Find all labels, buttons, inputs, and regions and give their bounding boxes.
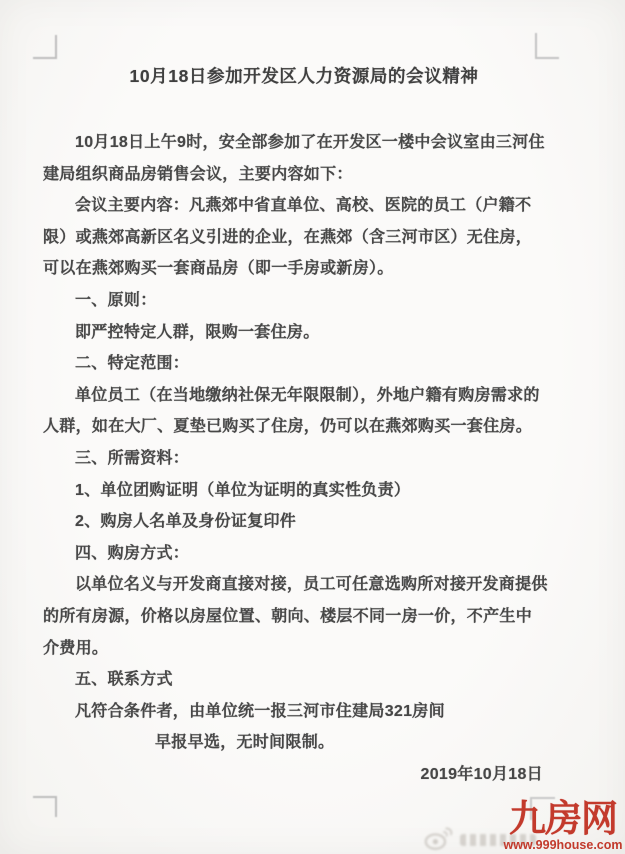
document-line: 10月18日上午9时，安全部参加了在开发区一楼中会议室由三河住 — [43, 127, 543, 159]
crop-mark-top-left-icon — [33, 35, 57, 59]
document-line: 的所有房源，价格以房屋位置、朝向、楼层不同一房一价，不产生中 — [43, 601, 543, 633]
document-line: 即严控特定人群，限购一套住房。 — [43, 317, 543, 349]
site-logo-text: 九房网 — [503, 799, 623, 839]
document-line: 会议主要内容：凡燕郊中省直单位、高校、医院的员工（户籍不 — [43, 190, 543, 222]
document-line: 二、特定范围： — [43, 348, 543, 380]
document-title: 10月18日参加开发区人力资源局的会议精神 — [43, 63, 543, 89]
crop-mark-top-right-icon — [535, 33, 559, 59]
document-line: 凡符合条件者，由单位统一报三河市住建局321房间 — [43, 696, 543, 728]
document-line: 限）或燕郊高新区名义引进的企业，在燕郊（含三河市区）无住房， — [43, 222, 543, 254]
document-line: 可以在燕郊购买一套商品房（即一手房或新房）。 — [43, 253, 543, 285]
document-text-block: 10月18日参加开发区人力资源局的会议精神 10月18日上午9时，安全部参加了在… — [43, 63, 543, 790]
document-line: 人群，如在大厂、夏垫已购买了住房，仍可以在燕郊购买一套住房。 — [43, 411, 543, 443]
document-line: 建局组织商品房销售会议，主要内容如下： — [43, 159, 543, 191]
site-watermark: 九房网 www.999house.com — [503, 799, 623, 852]
document-line: 三、所需资料： — [43, 443, 543, 475]
scanned-document-page: 10月18日参加开发区人力资源局的会议精神 10月18日上午9时，安全部参加了在… — [0, 0, 625, 854]
document-line: 以单位名义与开发商直接对接，员工可任意选购所对接开发商提供 — [43, 569, 543, 601]
document-line: 四、购房方式： — [43, 538, 543, 570]
document-line: 2、购房人名单及身份证复印件 — [43, 506, 543, 538]
site-url: www.999house.com — [503, 839, 623, 852]
document-line: 早报早选，无时间限制。 — [43, 727, 543, 759]
weibo-icon — [424, 826, 454, 850]
document-line: 2019年10月18日 — [43, 759, 543, 791]
crop-mark-bottom-left-icon — [33, 796, 57, 817]
document-line: 介费用。 — [43, 633, 543, 665]
document-line: 1、单位团购证明（单位为证明的真实性负责） — [43, 475, 543, 507]
document-line: 单位员工（在当地缴纳社保无年限限制），外地户籍有购房需求的 — [43, 380, 543, 412]
document-line: 五、联系方式 — [43, 664, 543, 696]
document-body: 10月18日上午9时，安全部参加了在开发区一楼中会议室由三河住建局组织商品房销售… — [43, 127, 543, 790]
document-line: 一、原则： — [43, 285, 543, 317]
